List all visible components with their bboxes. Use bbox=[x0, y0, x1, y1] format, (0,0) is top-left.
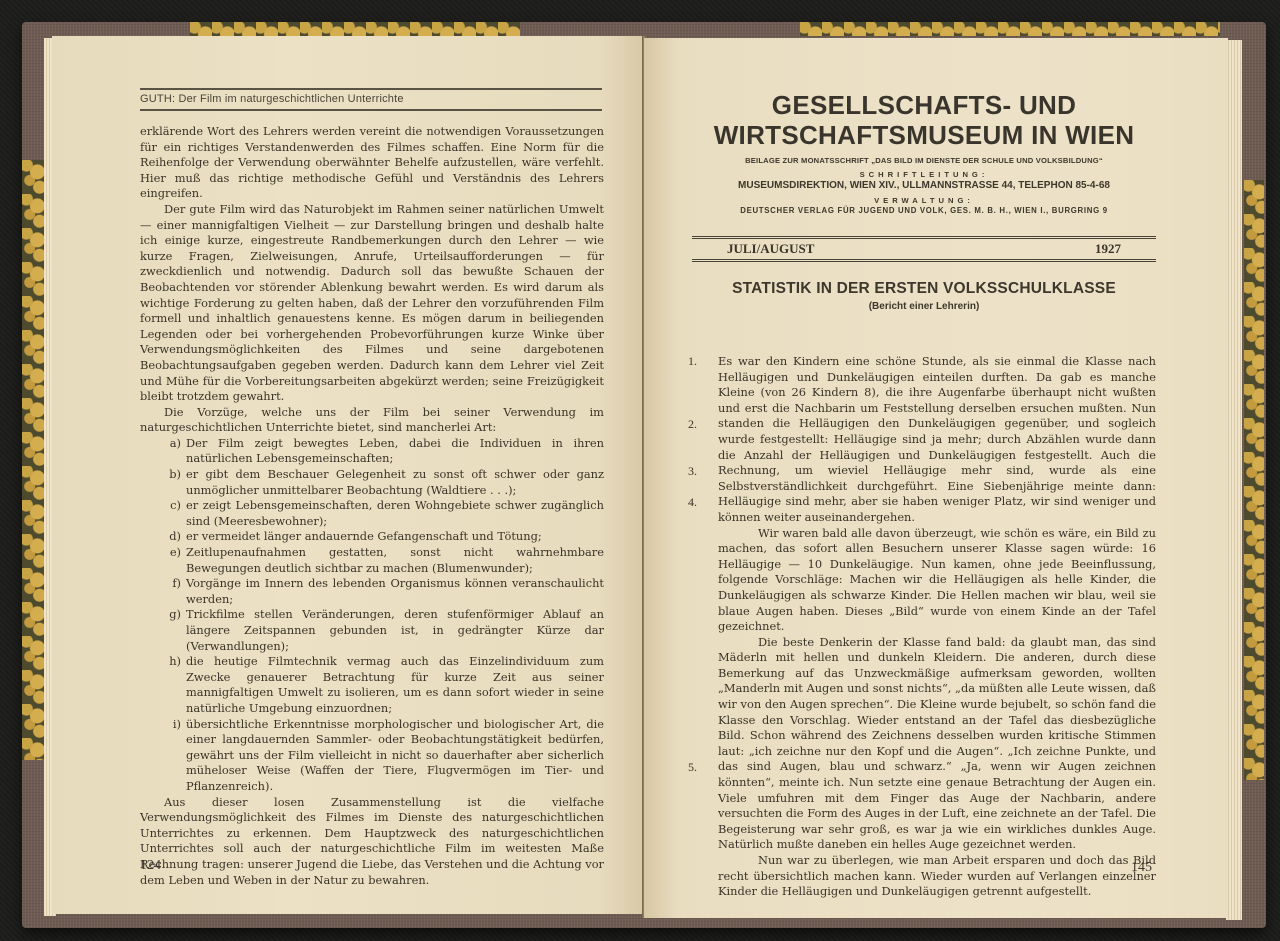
left-page-body: erklärende Wort des Lehrers werden verei… bbox=[140, 124, 604, 888]
list-text: die heutige Filmtechnik vermag auch das … bbox=[186, 654, 604, 716]
masthead-title-line2: WIRTSCHAFTSMUSEUM IN WIEN bbox=[692, 120, 1156, 150]
list-item: h)die heutige Filmtechnik vermag auch da… bbox=[140, 654, 604, 716]
admin-address: DEUTSCHER VERLAG FÜR JUGEND UND VOLK, GE… bbox=[692, 206, 1156, 215]
masthead-title-line1: GESELLSCHAFTS- UND bbox=[692, 90, 1156, 120]
list-text: er gibt dem Beschauer Gelegenheit zu son… bbox=[186, 467, 604, 498]
list-marker: i) bbox=[168, 717, 186, 795]
list-text: Trickfilme stellen Veränderungen, deren … bbox=[186, 607, 604, 654]
marbled-endpaper-top-right bbox=[800, 22, 1220, 36]
paragraph: Es war den Kindern eine schöne Stunde, a… bbox=[700, 354, 1156, 526]
editorial-label: SCHRIFTLEITUNG: bbox=[692, 170, 1156, 179]
margin-number: 1. bbox=[688, 354, 697, 370]
masthead: GESELLSCHAFTS- UND WIRTSCHAFTSMUSEUM IN … bbox=[692, 90, 1156, 215]
list-text: übersichtliche Erkenntnisse morphologisc… bbox=[186, 717, 604, 795]
list-item: g)Trickfilme stellen Veränderungen, dere… bbox=[140, 607, 604, 654]
list-text: er vermeidet länger andauernde Gefangens… bbox=[186, 529, 604, 545]
issue-months: JULI/AUGUST bbox=[727, 241, 814, 257]
marbled-endpaper-right bbox=[1244, 180, 1264, 780]
margin-number: 2. bbox=[688, 417, 697, 433]
list-text: Der Film zeigt bewegtes Leben, dabei die… bbox=[186, 436, 604, 467]
list-item: i)übersichtliche Erkenntnisse morphologi… bbox=[140, 717, 604, 795]
paragraph: erklärende Wort des Lehrers werden verei… bbox=[140, 124, 604, 202]
paragraph: Aus dieser losen Zusammenstellung ist di… bbox=[140, 795, 604, 889]
article-subtitle: (Bericht einer Lehrerin) bbox=[692, 301, 1156, 312]
list-marker: g) bbox=[168, 607, 186, 654]
issue-year: 1927 bbox=[1095, 241, 1121, 257]
page-stack-right bbox=[1226, 40, 1242, 920]
margin-number: 3. bbox=[688, 464, 697, 480]
paragraph: Die Vorzüge, welche uns der Film bei sei… bbox=[140, 405, 604, 436]
list-text: Zeitlupenaufnahmen gestatten, sonst nich… bbox=[186, 545, 604, 576]
list-marker: b) bbox=[168, 467, 186, 498]
page-number: 145 bbox=[1131, 860, 1152, 876]
list-text: er zeigt Lebensgemeinschaften, deren Woh… bbox=[186, 498, 604, 529]
list-marker: f) bbox=[168, 576, 186, 607]
article-body: Es war den Kindern eine schöne Stunde, a… bbox=[700, 354, 1156, 900]
paragraph: Der gute Film wird das Naturobjekt im Ra… bbox=[140, 202, 604, 405]
list-item: c)er zeigt Lebensgemeinschaften, deren W… bbox=[140, 498, 604, 529]
list-item: f)Vorgänge im Innern des lebenden Organi… bbox=[140, 576, 604, 607]
left-page: GUTH: Der Film im naturgeschichtlichen U… bbox=[52, 36, 644, 914]
list-item: b)er gibt dem Beschauer Gelegenheit zu s… bbox=[140, 467, 604, 498]
margin-number: 4. bbox=[688, 495, 697, 511]
list-marker: d) bbox=[168, 529, 186, 545]
page-number: 124 bbox=[140, 858, 161, 874]
admin-label: VERWALTUNG: bbox=[692, 196, 1156, 205]
article-title: STATISTIK IN DER ERSTEN VOLKSSCHULKLASSE bbox=[692, 280, 1156, 298]
list-marker: h) bbox=[168, 654, 186, 716]
paragraph: Nun war zu überlegen, wie man Arbeit ers… bbox=[700, 853, 1156, 900]
list-item: d)er vermeidet länger andauernde Gefange… bbox=[140, 529, 604, 545]
running-head: GUTH: Der Film im naturgeschichtlichen U… bbox=[140, 88, 602, 111]
masthead-subtitle: BEILAGE ZUR MONATSSCHRIFT „DAS BILD IM D… bbox=[692, 156, 1156, 165]
margin-number: 5. bbox=[688, 760, 697, 776]
list-marker: e) bbox=[168, 545, 186, 576]
marbled-endpaper-top-left bbox=[190, 22, 520, 36]
right-page: GESELLSCHAFTS- UND WIRTSCHAFTSMUSEUM IN … bbox=[644, 38, 1228, 918]
editorial-address: MUSEUMSDIREKTION, WIEN XIV., ULLMANNSTRA… bbox=[692, 180, 1156, 191]
paragraph: Die beste Denkerin der Klasse fand bald:… bbox=[700, 635, 1156, 853]
list-item: e)Zeitlupenaufnahmen gestatten, sonst ni… bbox=[140, 545, 604, 576]
list-marker: c) bbox=[168, 498, 186, 529]
list-marker: a) bbox=[168, 436, 186, 467]
issue-bar: JULI/AUGUST 1927 bbox=[692, 236, 1156, 262]
paragraph: Wir waren bald alle davon überzeugt, wie… bbox=[700, 526, 1156, 635]
list-text: Vorgänge im Innern des lebenden Organism… bbox=[186, 576, 604, 607]
list-item: a)Der Film zeigt bewegtes Leben, dabei d… bbox=[140, 436, 604, 467]
